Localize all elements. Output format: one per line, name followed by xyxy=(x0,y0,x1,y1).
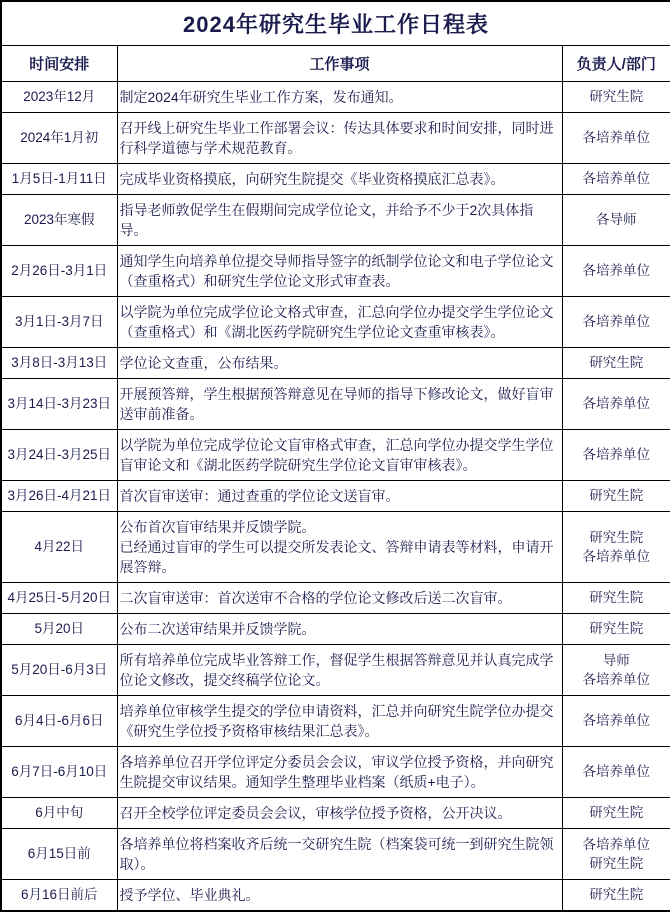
row-task-cell: 公布二次送审结果并反馈学院。 xyxy=(117,613,562,644)
table-row: 3月8日-3月13日学位论文查重，公布结果。研究生院 xyxy=(1,347,670,378)
row-time-cell: 4月22日 xyxy=(1,511,117,582)
header-owner: 负责人/部门 xyxy=(562,45,670,81)
table-row: 6月16日前后授予学位、毕业典礼。研究生院 xyxy=(1,879,670,911)
row-owner-cell: 研究生院 xyxy=(562,480,670,511)
row-time-cell: 5月20日-6月3日 xyxy=(1,644,117,695)
row-owner-cell: 导师 各培养单位 xyxy=(562,644,670,695)
row-task-cell: 二次盲审送审：首次送审不合格的学位论文修改后送二次盲审。 xyxy=(117,582,562,613)
row-task-cell: 开展预答辩，学生根据预答辩意见在导师的指导下修改论文，做好盲审送审前准备。 xyxy=(117,378,562,429)
row-time-cell: 6月15日前 xyxy=(1,828,117,879)
row-task-cell: 首次盲审送审：通过查重的学位论文送盲审。 xyxy=(117,480,562,511)
row-time-cell: 6月中旬 xyxy=(1,797,117,828)
row-task-cell: 完成毕业资格摸底，向研究生院提交《毕业资格摸底汇总表》。 xyxy=(117,163,562,194)
table-row: 6月7日-6月10日各培养单位召开学位评定分委员会会议，审议学位授予资格，并向研… xyxy=(1,746,670,797)
row-time-cell: 6月4日-6月6日 xyxy=(1,695,117,746)
row-owner-cell: 各培养单位 xyxy=(562,429,670,480)
table-row: 5月20日公布二次送审结果并反馈学院。研究生院 xyxy=(1,613,670,644)
row-task-cell: 召开全校学位评定委员会会议，审核学位授予资格，公开决议。 xyxy=(117,797,562,828)
row-owner-cell: 研究生院 各培养单位 xyxy=(562,511,670,582)
row-time-cell: 3月14日-3月23日 xyxy=(1,378,117,429)
row-task-cell: 以学院为单位完成学位论文盲审格式审查，汇总向学位办提交学生学位盲审论文和《湖北医… xyxy=(117,429,562,480)
header-row: 时间安排 工作事项 负责人/部门 xyxy=(1,45,670,81)
row-owner-cell: 各培养单位 xyxy=(562,163,670,194)
row-owner-cell: 各培养单位 xyxy=(562,378,670,429)
row-time-cell: 2月26日-3月1日 xyxy=(1,245,117,296)
row-task-cell: 公布首次盲审结果并反馈学院。 已经通过盲审的学生可以提交所发表论文、答辩申请表等… xyxy=(117,511,562,582)
row-owner-cell: 研究生院 xyxy=(562,582,670,613)
row-time-cell: 3月8日-3月13日 xyxy=(1,347,117,378)
table-row: 4月25日-5月20日二次盲审送审：首次送审不合格的学位论文修改后送二次盲审。研… xyxy=(1,582,670,613)
row-time-cell: 6月7日-6月10日 xyxy=(1,746,117,797)
row-task-cell: 各培养单位召开学位评定分委员会会议，审议学位授予资格，并向研究生院提交审议结果。… xyxy=(117,746,562,797)
table-row: 3月26日-4月21日首次盲审送审：通过查重的学位论文送盲审。研究生院 xyxy=(1,480,670,511)
row-owner-cell: 各培养单位 xyxy=(562,112,670,163)
row-time-cell: 3月26日-4月21日 xyxy=(1,480,117,511)
row-task-cell: 培养单位审核学生提交的学位申请资料，汇总并向研究生院学位办提交《研究生学位授予资… xyxy=(117,695,562,746)
schedule-table: 2024年研究生毕业工作日程表 时间安排 工作事项 负责人/部门 2023年12… xyxy=(0,0,670,912)
row-time-cell: 2023年12月 xyxy=(1,81,117,112)
row-time-cell: 5月20日 xyxy=(1,613,117,644)
row-owner-cell: 各培养单位 xyxy=(562,245,670,296)
row-task-cell: 召开线上研究生毕业工作部署会议：传达具体要求和时间安排，同时进行科学道德与学术规… xyxy=(117,112,562,163)
row-owner-cell: 研究生院 xyxy=(562,81,670,112)
table-row: 6月中旬召开全校学位评定委员会会议，审核学位授予资格，公开决议。研究生院 xyxy=(1,797,670,828)
row-owner-cell: 各导师 xyxy=(562,194,670,245)
page-title: 2024年研究生毕业工作日程表 xyxy=(1,1,670,45)
title-row: 2024年研究生毕业工作日程表 xyxy=(1,1,670,45)
row-time-cell: 3月24日-3月25日 xyxy=(1,429,117,480)
table-row: 2023年寒假指导老师敦促学生在假期间完成学位论文，并给予不少于2次具体指导。各… xyxy=(1,194,670,245)
row-task-cell: 通知学生向培养单位提交导师指导签字的纸制学位论文和电子学位论文（查重格式）和研究… xyxy=(117,245,562,296)
table-row: 1月5日-1月11日完成毕业资格摸底，向研究生院提交《毕业资格摸底汇总表》。各培… xyxy=(1,163,670,194)
row-task-cell: 制定2024年研究生毕业工作方案，发布通知。 xyxy=(117,81,562,112)
row-owner-cell: 研究生院 xyxy=(562,879,670,911)
row-time-cell: 3月1日-3月7日 xyxy=(1,296,117,347)
row-time-cell: 6月16日前后 xyxy=(1,879,117,911)
document-page: 2024年研究生毕业工作日程表 时间安排 工作事项 负责人/部门 2023年12… xyxy=(0,0,670,912)
row-task-cell: 学位论文查重，公布结果。 xyxy=(117,347,562,378)
row-owner-cell: 各培养单位 xyxy=(562,746,670,797)
table-row: 6月15日前各培养单位将档案收齐后统一交研究生院（档案袋可统一到研究生院领取）。… xyxy=(1,828,670,879)
table-row: 2023年12月制定2024年研究生毕业工作方案，发布通知。研究生院 xyxy=(1,81,670,112)
header-task: 工作事项 xyxy=(117,45,562,81)
row-time-cell: 2024年1月初 xyxy=(1,112,117,163)
table-row: 2024年1月初召开线上研究生毕业工作部署会议：传达具体要求和时间安排，同时进行… xyxy=(1,112,670,163)
table-row: 3月24日-3月25日以学院为单位完成学位论文盲审格式审查，汇总向学位办提交学生… xyxy=(1,429,670,480)
table-row: 4月22日公布首次盲审结果并反馈学院。 已经通过盲审的学生可以提交所发表论文、答… xyxy=(1,511,670,582)
row-task-cell: 各培养单位将档案收齐后统一交研究生院（档案袋可统一到研究生院领取）。 xyxy=(117,828,562,879)
header-time: 时间安排 xyxy=(1,45,117,81)
row-owner-cell: 各培养单位 xyxy=(562,296,670,347)
row-owner-cell: 研究生院 xyxy=(562,797,670,828)
row-time-cell: 1月5日-1月11日 xyxy=(1,163,117,194)
table-body: 2023年12月制定2024年研究生毕业工作方案，发布通知。研究生院2024年1… xyxy=(1,81,670,911)
row-owner-cell: 研究生院 xyxy=(562,613,670,644)
row-owner-cell: 各培养单位 xyxy=(562,695,670,746)
table-row: 3月1日-3月7日以学院为单位完成学位论文格式审查，汇总向学位办提交学生学位论文… xyxy=(1,296,670,347)
table-row: 3月14日-3月23日开展预答辩，学生根据预答辩意见在导师的指导下修改论文，做好… xyxy=(1,378,670,429)
row-time-cell: 2023年寒假 xyxy=(1,194,117,245)
row-task-cell: 授予学位、毕业典礼。 xyxy=(117,879,562,911)
row-task-cell: 所有培养单位完成毕业答辩工作，督促学生根据答辩意见并认真完成学位论文修改，提交终… xyxy=(117,644,562,695)
table-row: 6月4日-6月6日培养单位审核学生提交的学位申请资料，汇总并向研究生院学位办提交… xyxy=(1,695,670,746)
row-time-cell: 4月25日-5月20日 xyxy=(1,582,117,613)
table-row: 5月20日-6月3日所有培养单位完成毕业答辩工作，督促学生根据答辩意见并认真完成… xyxy=(1,644,670,695)
table-row: 2月26日-3月1日通知学生向培养单位提交导师指导签字的纸制学位论文和电子学位论… xyxy=(1,245,670,296)
row-owner-cell: 各培养单位 研究生院 xyxy=(562,828,670,879)
row-owner-cell: 研究生院 xyxy=(562,347,670,378)
row-task-cell: 指导老师敦促学生在假期间完成学位论文，并给予不少于2次具体指导。 xyxy=(117,194,562,245)
row-task-cell: 以学院为单位完成学位论文格式审查，汇总向学位办提交学生学位论文（查重格式）和《湖… xyxy=(117,296,562,347)
